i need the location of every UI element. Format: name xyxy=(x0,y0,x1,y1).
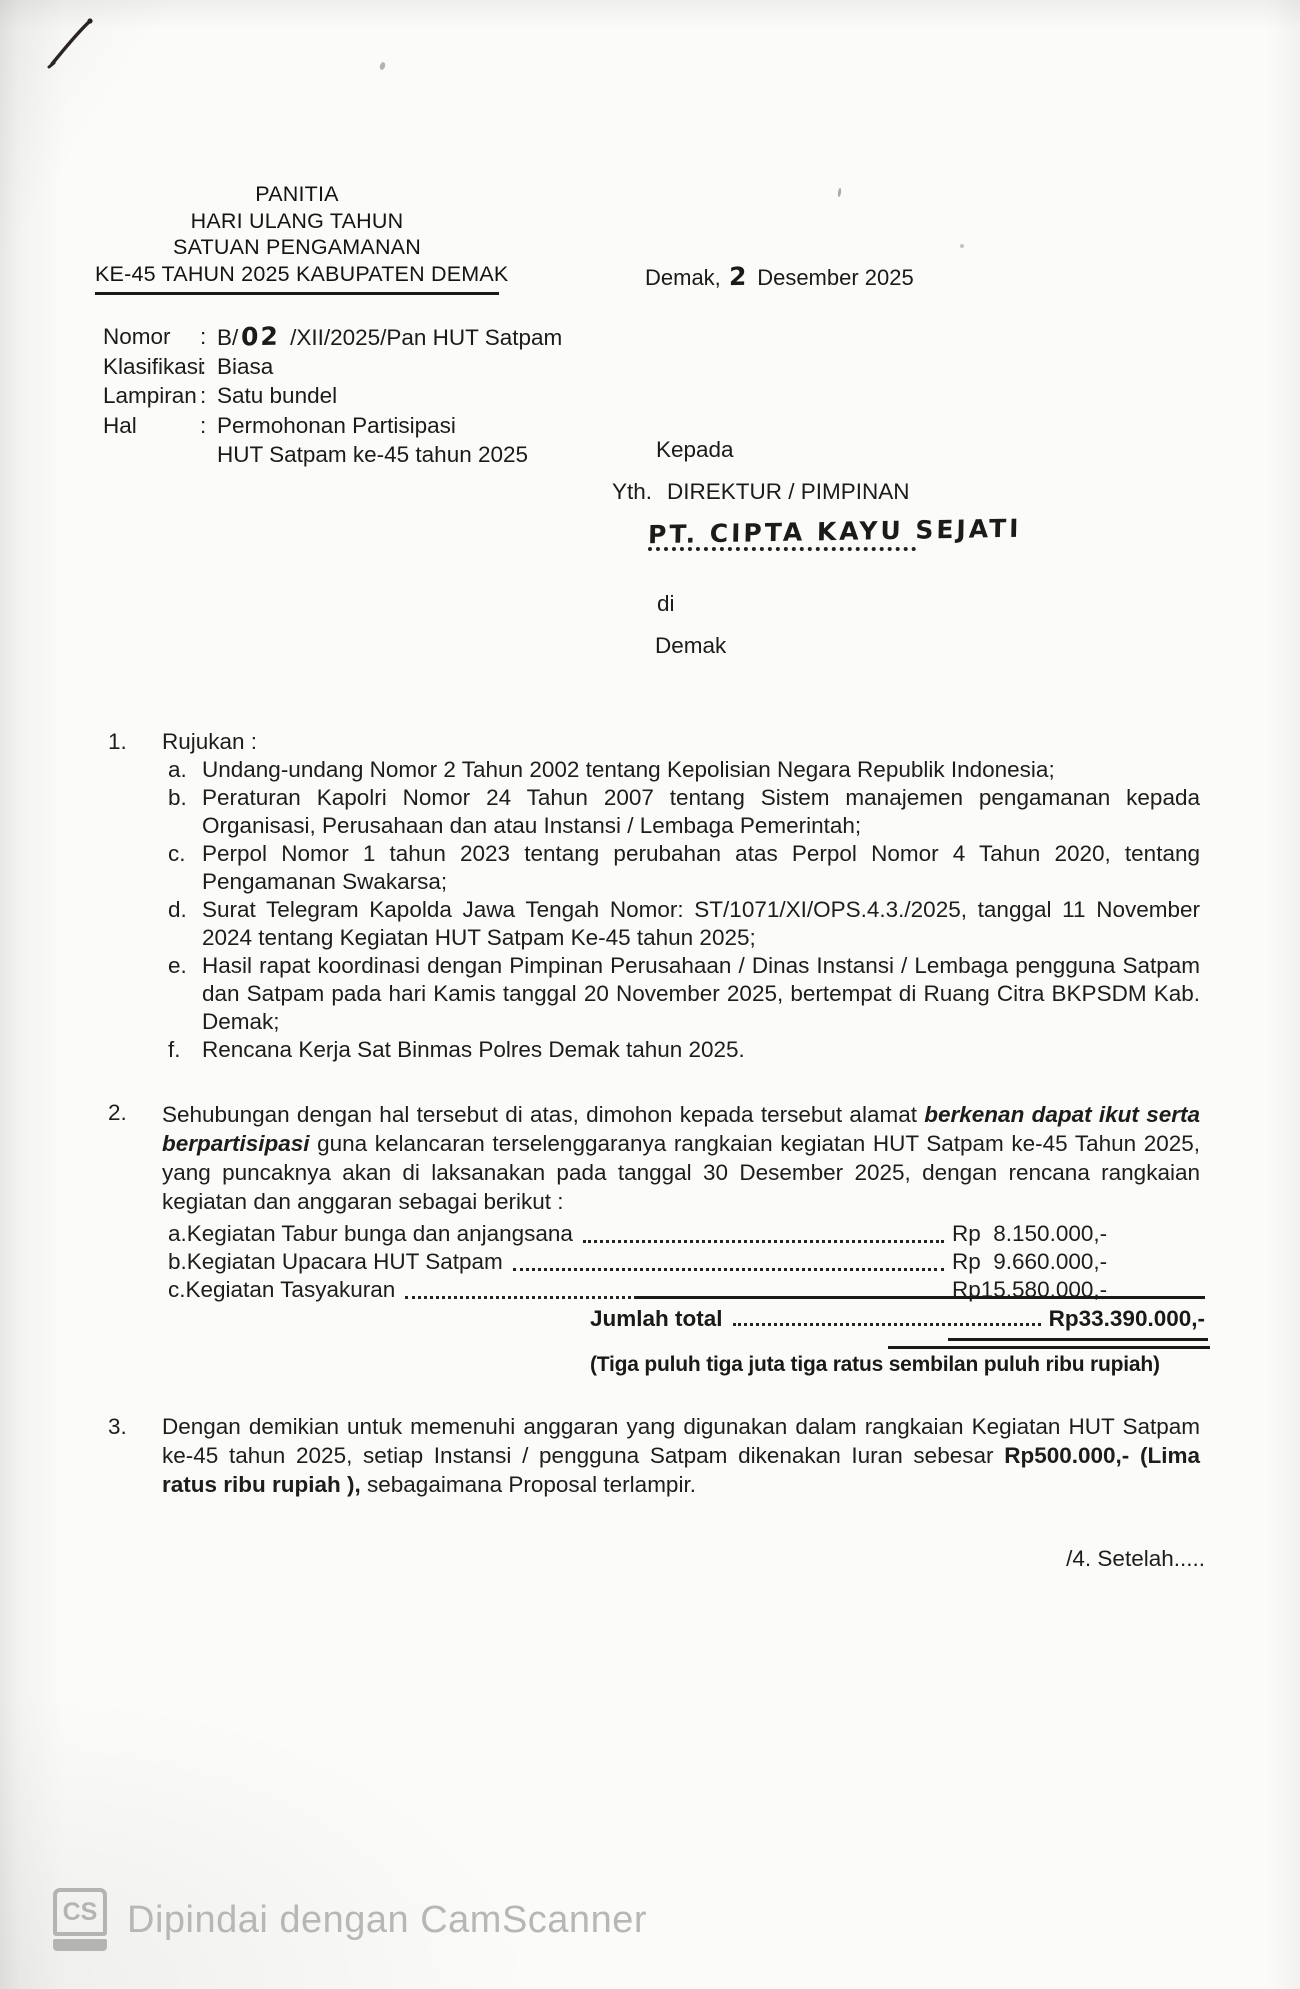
date-day-handwritten: 2 xyxy=(729,262,748,291)
list-item: f. Rencana Kerja Sat Binmas Polres Demak… xyxy=(168,1036,1200,1064)
date-city: Demak, xyxy=(645,265,721,290)
item1-number: 1. xyxy=(108,728,162,1064)
camscanner-logo-bar xyxy=(53,1939,107,1951)
scanned-letter-page: PANITIA HARI ULANG TAHUN SATUAN PENGAMAN… xyxy=(0,0,1300,1989)
dot-leader xyxy=(513,1248,944,1271)
item2-text: guna kelancaran terselenggaranya rangkai… xyxy=(162,1131,1200,1214)
list-marker: b. xyxy=(168,784,202,840)
date-line: Demak,2Desember 2025 xyxy=(645,262,914,291)
letterhead-line-4: KE-45 TAHUN 2025 KABUPATEN DEMAK xyxy=(95,261,499,288)
budget-amount: Rp15.580.000,- xyxy=(952,1276,1200,1304)
reference-list: a. Undang-undang Nomor 2 Tahun 2002 tent… xyxy=(162,756,1200,1064)
date-month-year: Desember 2025 xyxy=(757,265,914,290)
budget-amount: Rp 9.660.000,- xyxy=(952,1248,1200,1276)
recipient-city: Demak xyxy=(655,633,916,659)
item1-title: Rujukan : xyxy=(162,728,1200,756)
letterhead-line-1: PANITIA xyxy=(95,181,499,208)
item3-number: 3. xyxy=(108,1412,162,1499)
meta-value-hal-line2: HUT Satpam ke-45 tahun 2025 xyxy=(217,440,562,469)
recipient-yth-row: Yth. DIREKTUR / PIMPINAN xyxy=(612,479,916,505)
budget-item: c. Kegiatan Tasyakuran Rp15.580.000,- xyxy=(168,1276,1200,1304)
budget-amount: Rp 8.150.000,- xyxy=(952,1220,1200,1248)
recipient-block: Kepada Yth. DIREKTUR / PIMPINAN PT. CIPT… xyxy=(612,437,916,659)
list-text: Surat Telegram Kapolda Jawa Tengah Nomor… xyxy=(202,896,1200,952)
recipient-title: DIREKTUR / PIMPINAN xyxy=(667,479,910,505)
meta-label-nomor: Nomor xyxy=(103,322,200,352)
nomor-prefix: B/ xyxy=(217,325,238,350)
list-marker: a. xyxy=(168,756,202,784)
meta-value-hal-line1: Permohonan Partisipasi xyxy=(217,411,456,440)
item2-paragraph: Sehubungan dengan hal tersebut di atas, … xyxy=(162,1100,1200,1216)
meta-value-nomor: B/02/XII/2025/Pan HUT Satpam xyxy=(217,322,562,352)
letterhead-line-3: SATUAN PENGAMANAN xyxy=(95,234,499,261)
meta-label-lampiran: Lampiran xyxy=(103,381,200,410)
item2-text: Sehubungan dengan hal tersebut di atas, … xyxy=(162,1102,924,1127)
recipient-yth: Yth. xyxy=(612,479,652,505)
list-item: a. Undang-undang Nomor 2 Tahun 2002 tent… xyxy=(168,756,1200,784)
list-marker: f. xyxy=(168,1036,202,1064)
list-marker: b. xyxy=(168,1248,187,1276)
meta-row-hal: Hal : Permohonan Partisipasi xyxy=(103,411,562,440)
recipient-name-handwritten: PT. CIPTA KAYU SEJATI xyxy=(648,514,1022,550)
meta-row-nomor: Nomor : B/02/XII/2025/Pan HUT Satpam xyxy=(103,322,562,352)
budget-item: a. Kegiatan Tabur bunga dan anjangsana R… xyxy=(168,1220,1200,1248)
camscanner-watermark: CS Dipindai dengan CamScanner xyxy=(53,1888,647,1952)
section-permohonan: 2. Sehubungan dengan hal tersebut di ata… xyxy=(108,1100,1200,1304)
list-marker: c. xyxy=(168,840,202,896)
budget-label: Kegiatan Tasyakuran xyxy=(186,1276,396,1304)
camscanner-logo-text: CS xyxy=(63,1898,98,1927)
meta-colon: : xyxy=(200,411,217,440)
item3-text: sebagaimana Proposal terlampir. xyxy=(361,1472,696,1497)
scan-speck xyxy=(379,61,386,70)
recipient-name-block: PT. CIPTA KAYU SEJATI xyxy=(648,517,916,551)
total-in-words: (Tiga puluh tiga juta tiga ratus sembila… xyxy=(590,1353,1160,1377)
meta-value-lampiran: Satu bundel xyxy=(217,381,337,410)
section-rujukan: 1. Rujukan : a. Undang-undang Nomor 2 Ta… xyxy=(108,728,1200,1064)
list-item: d. Surat Telegram Kapolda Jawa Tengah No… xyxy=(168,896,1200,952)
camscanner-logo: CS xyxy=(53,1888,107,1952)
meta-colon: : xyxy=(200,322,217,352)
list-item: c. Perpol Nomor 1 tahun 2023 tentang per… xyxy=(168,840,1200,896)
dot-leader xyxy=(583,1220,944,1243)
nomor-suffix: /XII/2025/Pan HUT Satpam xyxy=(290,325,562,350)
list-item: e. Hasil rapat koordinasi dengan Pimpina… xyxy=(168,952,1200,1036)
list-text: Undang-undang Nomor 2 Tahun 2002 tentang… xyxy=(202,756,1200,784)
watermark-text: Dipindai dengan CamScanner xyxy=(127,1899,647,1942)
budget-label: Kegiatan Tabur bunga dan anjangsana xyxy=(187,1220,573,1248)
scan-speck xyxy=(837,188,841,197)
sum-rule-line xyxy=(635,1296,1205,1299)
nomor-number-handwritten: 02 xyxy=(241,322,280,352)
meta-label-klasifikasi: Klasifikasi xyxy=(103,352,200,381)
total-label: Jumlah total xyxy=(590,1306,723,1332)
meta-value-klasifikasi: Biasa xyxy=(217,352,273,381)
list-text: Rencana Kerja Sat Binmas Polres Demak ta… xyxy=(202,1036,1200,1064)
budget-item: b. Kegiatan Upacara HUT Satpam Rp 9.660.… xyxy=(168,1248,1200,1276)
letterhead-underline xyxy=(95,292,499,295)
scan-speck xyxy=(960,244,964,248)
list-marker: a. xyxy=(168,1220,187,1248)
total-amount: Rp33.390.000,- xyxy=(1049,1306,1205,1332)
total-underline xyxy=(948,1338,1208,1341)
list-item: b. Peraturan Kapolri Nomor 24 Tahun 2007… xyxy=(168,784,1200,840)
section-iuran: 3. Dengan demikian untuk memenuhi anggar… xyxy=(108,1412,1200,1499)
dot-leader xyxy=(733,1306,1041,1326)
list-marker: d. xyxy=(168,896,202,952)
list-text: Peraturan Kapolri Nomor 24 Tahun 2007 te… xyxy=(202,784,1200,840)
meta-label-hal: Hal xyxy=(103,411,200,440)
item2-number: 2. xyxy=(108,1100,162,1304)
list-marker: c. xyxy=(168,1276,186,1304)
list-text: Perpol Nomor 1 tahun 2023 tentang peruba… xyxy=(202,840,1200,896)
list-marker: e. xyxy=(168,952,202,1036)
budget-label: Kegiatan Upacara HUT Satpam xyxy=(187,1248,503,1276)
letterhead-line-2: HARI ULANG TAHUN xyxy=(95,208,499,235)
meta-row-klasifikasi: Klasifikasi : Biasa xyxy=(103,352,562,381)
meta-colon: : xyxy=(200,352,217,381)
pen-stroke-mark xyxy=(44,14,98,72)
page-continuation-marker: /4. Setelah..... xyxy=(1035,1546,1205,1572)
list-text: Hasil rapat koordinasi dengan Pimpinan P… xyxy=(202,952,1200,1036)
meta-colon: : xyxy=(200,381,217,410)
letter-meta: Nomor : B/02/XII/2025/Pan HUT Satpam Kla… xyxy=(103,322,562,469)
item3-paragraph: Dengan demikian untuk memenuhi anggaran … xyxy=(162,1412,1200,1499)
letterhead: PANITIA HARI ULANG TAHUN SATUAN PENGAMAN… xyxy=(95,181,499,295)
budget-list: a. Kegiatan Tabur bunga dan anjangsana R… xyxy=(162,1220,1200,1304)
total-underline xyxy=(888,1346,1210,1349)
total-row: Jumlah total Rp33.390.000,- xyxy=(590,1306,1205,1332)
recipient-kepada: Kepada xyxy=(656,437,916,463)
meta-row-lampiran: Lampiran : Satu bundel xyxy=(103,381,562,410)
recipient-di: di xyxy=(657,591,916,617)
camscanner-logo-box: CS xyxy=(53,1888,107,1936)
